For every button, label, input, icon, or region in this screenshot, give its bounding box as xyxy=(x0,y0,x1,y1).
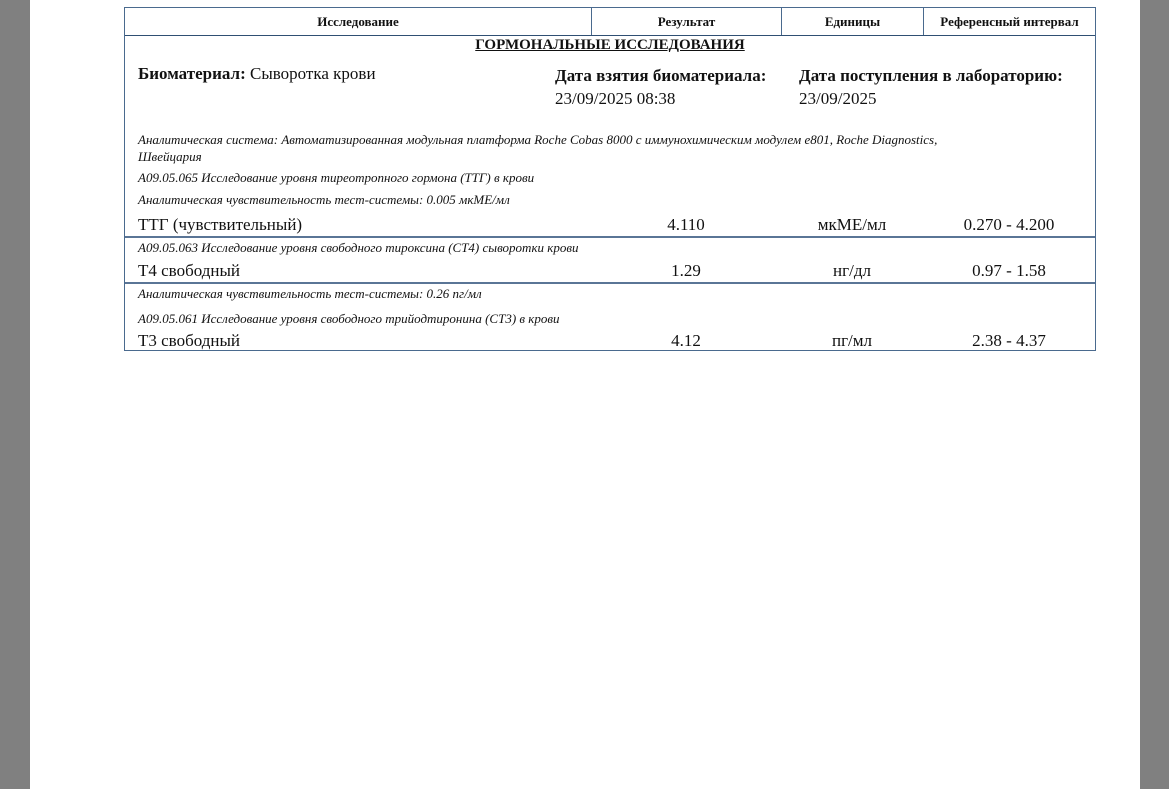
test-result: 4.110 xyxy=(591,215,781,235)
header-units: Единицы xyxy=(781,8,923,35)
test-reference: 2.38 - 4.37 xyxy=(923,331,1095,351)
test-name: Т3 свободный xyxy=(138,331,240,351)
header-result: Результат xyxy=(591,8,781,35)
received-date-label: Дата поступления в лабораторию: xyxy=(799,64,1063,87)
test-units: мкМЕ/мл xyxy=(781,215,923,235)
test-name: Т4 свободный xyxy=(138,261,240,281)
test-units: пг/мл xyxy=(781,331,923,351)
analytic-system-line2: Швейцария xyxy=(138,149,202,165)
test-sensitivity: Аналитическая чувствительность тест-сист… xyxy=(138,192,510,208)
header-reference: Референсный интервал xyxy=(923,8,1095,35)
collection-date-label: Дата взятия биоматериала: xyxy=(555,64,766,87)
test-code-line: A09.05.063 Исследование уровня свободног… xyxy=(138,240,579,256)
test-name: ТТГ (чувствительный) xyxy=(138,215,302,235)
received-date-value: 23/09/2025 xyxy=(799,89,876,108)
collection-date: Дата взятия биоматериала: 23/09/2025 08:… xyxy=(555,64,766,110)
test-reference: 0.270 - 4.200 xyxy=(923,215,1095,235)
test-result: 1.29 xyxy=(591,261,781,281)
analytic-system-line1: Аналитическая система: Автоматизированна… xyxy=(138,132,937,148)
collection-date-value: 23/09/2025 08:38 xyxy=(555,89,675,108)
test-code-line: A09.05.065 Исследование уровня тиреотроп… xyxy=(138,170,534,186)
received-date: Дата поступления в лабораторию: 23/09/20… xyxy=(799,64,1063,110)
test-result: 4.12 xyxy=(591,331,781,351)
row-divider xyxy=(125,282,1095,284)
test-sensitivity: Аналитическая чувствительность тест-сист… xyxy=(138,286,482,302)
document-page: Исследование Результат Единицы Референсн… xyxy=(30,0,1140,789)
biomaterial-label: Биоматериал: xyxy=(138,64,246,83)
lab-results-table: Исследование Результат Единицы Референсн… xyxy=(124,7,1096,351)
test-units: нг/дл xyxy=(781,261,923,281)
biomaterial: Биоматериал: Сыворотка крови xyxy=(138,64,376,84)
row-divider xyxy=(125,236,1095,238)
section-title: ГОРМОНАЛЬНЫЕ ИССЛЕДОВАНИЯ xyxy=(125,37,1095,54)
test-code-line: A09.05.061 Исследование уровня свободног… xyxy=(138,311,560,327)
table-header: Исследование Результат Единицы Референсн… xyxy=(125,8,1095,36)
test-reference: 0.97 - 1.58 xyxy=(923,261,1095,281)
biomaterial-value: Сыворотка крови xyxy=(250,64,376,83)
header-test: Исследование xyxy=(125,8,591,35)
